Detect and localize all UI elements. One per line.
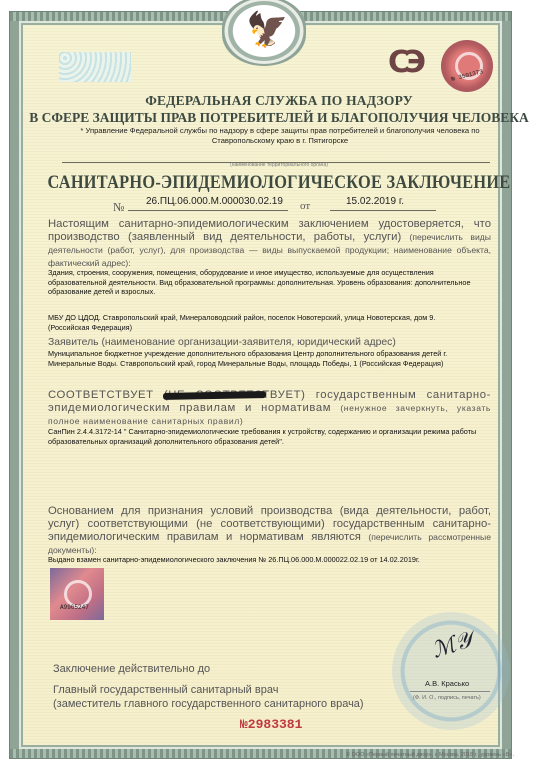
hologram-bottom-number: А9965247 — [60, 604, 89, 611]
se-logo-icon: СЭ — [388, 48, 436, 78]
compliance-word: СООТВЕТСТВУЕТ — [48, 389, 154, 401]
printer-imprint: © ООО «Первый печатный двор», г. Москва,… — [346, 752, 514, 758]
agency-title-line1: ФЕДЕРАЛЬНАЯ СЛУЖБА ПО НАДЗОРУ — [0, 93, 558, 109]
basis-value: Выдано взамен санитарно-эпидемиологическ… — [48, 555, 478, 565]
hologram-strip — [59, 52, 131, 82]
applicant-value: Муниципальное бюджетное учреждение допол… — [48, 349, 478, 368]
signer-underline — [410, 691, 490, 692]
certificate-date: 15.02.2019 г. — [346, 196, 404, 207]
hologram-seal-bottom: А9965247 — [50, 568, 104, 620]
document-title: САНИТАРНО-ЭПИДЕМИОЛОГИЧЕСКОЕ ЗАКЛЮЧЕНИЕ — [39, 172, 519, 194]
applicant-label: Заявитель (наименование организации-заяв… — [48, 336, 491, 349]
certificate-number: 26.ПЦ.06.000.М.000030.02.19 — [146, 196, 283, 207]
number-underline — [128, 210, 288, 211]
sanpin-value: СанПин 2.4.4.3172-14 " Санитарно-эпидеми… — [48, 427, 478, 446]
russian-coat-of-arms-icon: 🦅 — [246, 8, 282, 52]
signer-caption: (Ф. И. О., подпись, печать) — [413, 695, 481, 701]
agency-title-line2: В СФЕРЕ ЗАЩИТЫ ПРАВ ПОТРЕБИТЕЛЕЙ И БЛАГО… — [0, 110, 558, 126]
date-label: от — [300, 200, 310, 212]
sub-agency-caption: (наименование территориального органа) — [0, 162, 558, 168]
number-label: № — [113, 200, 124, 215]
chief-title-line2: (заместитель главного государственного с… — [53, 698, 364, 710]
valid-until-label: Заключение действительно до — [53, 663, 210, 675]
certify-paragraph: Настоящим санитарно-эпидемиологическим з… — [48, 218, 491, 270]
compliance-paragraph: СООТВЕТСТВУЕТ (НЕ СООТВЕТСТВУЕТ) государ… — [48, 389, 491, 428]
object-address: МБУ ДО ЦДОД. Ставропольский край, Минера… — [48, 313, 478, 332]
activity-value: Здания, строения, сооружения, помещения,… — [48, 268, 478, 297]
emblem-medallion: 🦅 — [222, 0, 306, 66]
hologram-seal-top: № 3501373 — [441, 40, 493, 92]
chief-title-line1: Главный государственный санитарный врач — [53, 684, 278, 696]
sub-agency: * Управление Федеральной службы по надзо… — [60, 126, 500, 146]
signer-name: А.В. Красько — [425, 679, 469, 688]
official-stamp — [392, 612, 510, 730]
blank-serial-number: №2983381 — [240, 717, 302, 732]
date-underline — [330, 210, 436, 211]
basis-paragraph: Основанием для признания условий произво… — [48, 505, 491, 557]
